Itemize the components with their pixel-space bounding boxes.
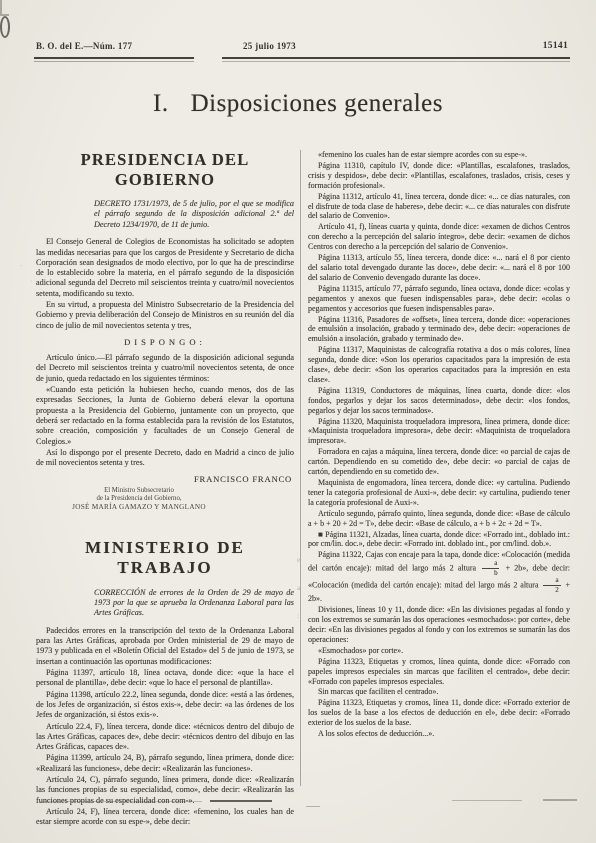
scan-artifact [452,800,522,801]
correction-item: Página 11313, artículo 55, línea tercera… [308,253,570,283]
correction-summary: CORRECCIÓN de errores de la Orden de 29 … [94,588,294,619]
scan-artifact: ˒ [30,276,32,284]
correction-item: Página 11317, Maquinistas de calcografía… [308,345,570,385]
body-paragraph: Artículo único.—El párrafo segundo de la… [36,353,294,384]
signature-block: El Ministro Subsecretario de la Presiden… [44,487,234,512]
correction-item: Sin marcas que faciliten el centrado». [308,687,570,697]
correction-item-formula: Página 11322, Cajas con encaje para la t… [308,550,570,604]
dispongo-heading: DISPONGO: [36,337,294,347]
left-column: PRESIDENCIA DEL GOBIERNO DECRETO 1731/19… [36,150,294,829]
scan-artifact [210,800,272,802]
scan-artifact [40,801,202,802]
correction-item: Página 11323, Etiquetas y cromos, línea … [308,657,570,687]
correction-item: Página 11319, Conductores de máquinas, l… [308,386,570,416]
masthead-rule-left [34,57,194,59]
fraction-numerator: a [482,560,499,569]
scan-artifact [543,799,577,801]
correction-item: «Esmochados» por corte». [308,646,570,656]
correction-intro: Padecidos errores en la transcripción de… [36,626,294,667]
correction-item: Artículo 24, F), línea tercera, donde di… [36,807,294,828]
correction-item: Artículo segundo, párrafo quinto, línea … [308,509,570,529]
scan-artifact: · [20,262,22,270]
correction-item: Página 11320, Maquinista troqueladora im… [308,417,570,447]
section-title-text: Disposiciones generales [191,90,443,118]
correction-item: A los solos efectos de deducción...». [308,729,570,739]
correction-item: Página 11316, Pasadores de «offset», lín… [308,315,570,345]
scan-artifact: e [297,556,300,564]
decree-summary: DECRETO 1731/1973, de 5 de julio, por el… [94,199,294,230]
scan-artifact: : [297,612,299,620]
section-title-numeral: I. [153,90,169,118]
correction-item: Página 11399, artículo 24, B), párrafo s… [36,753,294,774]
scan-artifact [306,806,320,807]
masthead-issue: B. O. del E.—Núm. 177 [36,41,132,51]
body-paragraph: «Cuando esta petición la hubiesen hecho,… [36,385,294,447]
scan-artifact [0,0,9,16]
presidencia-heading: PRESIDENCIA DEL GOBIERNO [36,150,294,190]
masthead-rule-left-thin [34,61,194,62]
correction-item: Divisiones, líneas 10 y 11, donde dice: … [308,605,570,645]
correction-item: Página 11323, Etiquetas y cromos, línea … [308,698,570,728]
fraction: a2 [543,577,560,594]
body-paragraph: El Consejo General de Colegios de Econom… [36,237,294,299]
correction-item: Artículo 41, f), líneas cuarta y quinta,… [308,222,570,252]
correction-item: Página 11312, artículo 41, línea tercera… [308,192,570,222]
correction-item: Artículo 22.4, F), línea tercera, donde … [36,722,294,753]
fraction-denominator: 2 [543,586,560,594]
column-divider [300,150,301,786]
body-paragraph: Así lo dispongo por el presente Decreto,… [36,448,294,469]
masthead: B. O. del E.—Núm. 177 25 julio 1973 1514… [0,41,596,63]
masthead-rule-right [222,57,570,59]
fraction-denominator: b [482,569,499,577]
signature-name: FRANCISCO FRANCO [36,474,292,484]
masthead-date: 25 julio 1973 [243,41,296,51]
trabajo-heading: MINISTERIO DE TRABAJO [36,538,294,578]
correction-item: Página 11315, artículo 77, párrafo segun… [308,284,570,314]
correction-item: Página 11398, artículo 22.2, línea segun… [36,690,294,721]
scan-artifact [0,16,10,38]
correction-item: «femenino los cuales han de estar siempr… [308,150,570,160]
right-column: «femenino los cuales han de estar siempr… [308,150,570,740]
correction-item: Forradora en cajas a máquina, línea terc… [308,447,570,477]
scanned-gazette-page: B. O. del E.—Núm. 177 25 julio 1973 1514… [0,0,596,843]
section-title: I. Disposiciones generales [0,90,596,118]
signature-line: El Ministro Subsecretario [44,487,234,495]
correction-item: Página 11310, capítulo IV, donde dice: «… [308,161,570,191]
fraction-numerator: a [543,577,560,586]
correction-item: Página 11397, artículo 18, línea octava,… [36,668,294,689]
fraction: ab [482,560,499,577]
masthead-page-number: 15141 [543,41,568,51]
body-paragraph: En su virtud, a propuesta del Ministro S… [36,300,294,331]
correction-item: ■ Página 11321, Alzadas, línea cuarta, d… [308,530,570,550]
correction-item: Maquinista de engomadora, línea tercera,… [308,478,570,508]
scan-artifact: a [297,584,300,592]
masthead-rule-right-thin [222,61,570,62]
signature-line: JOSÉ MARÍA GAMAZO Y MANGLANO [44,503,234,511]
